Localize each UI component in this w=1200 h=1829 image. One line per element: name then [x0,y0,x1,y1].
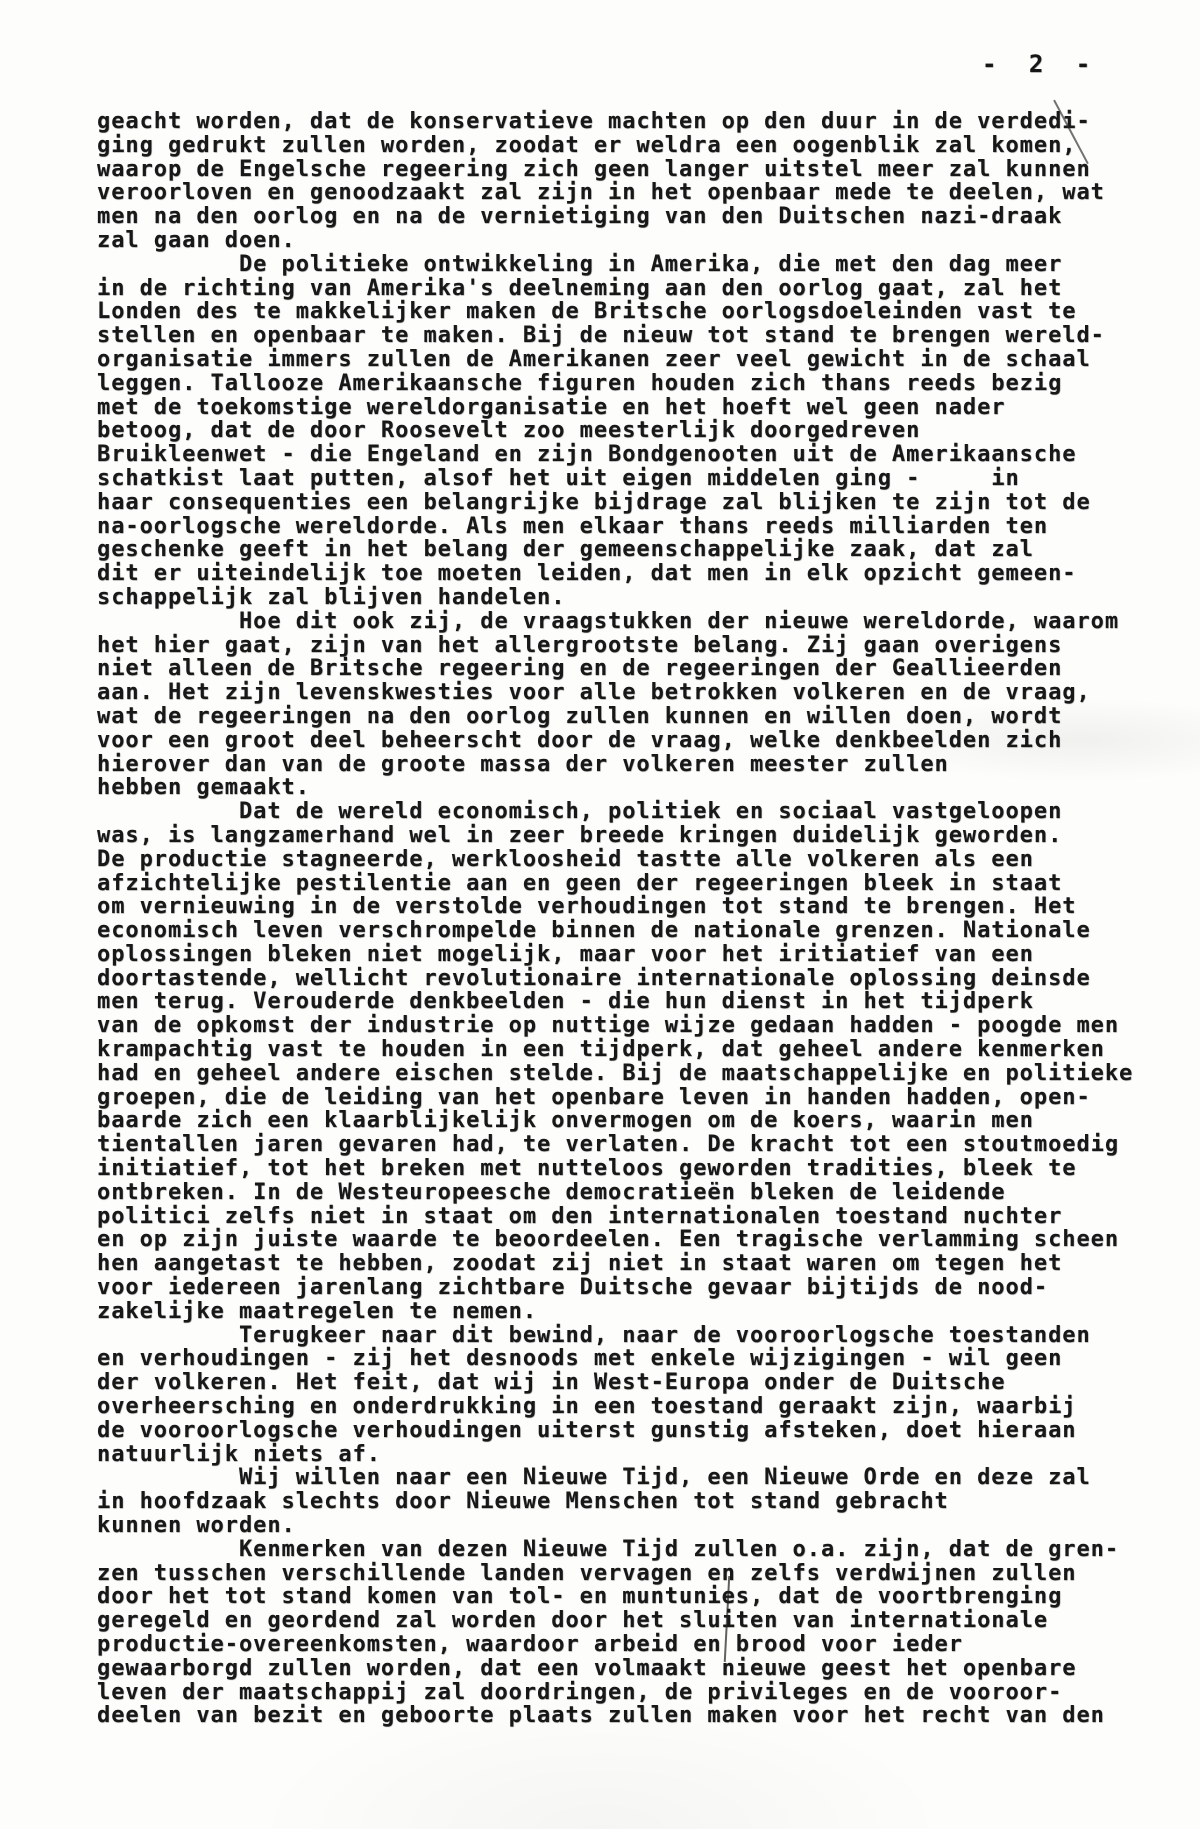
scanned-document-page: - 2 - geacht worden, dat de konservatiev… [0,0,1200,1829]
document-body-text: geacht worden, dat de konservatieve mach… [97,110,1133,1728]
page-number: - 2 - [982,50,1099,78]
